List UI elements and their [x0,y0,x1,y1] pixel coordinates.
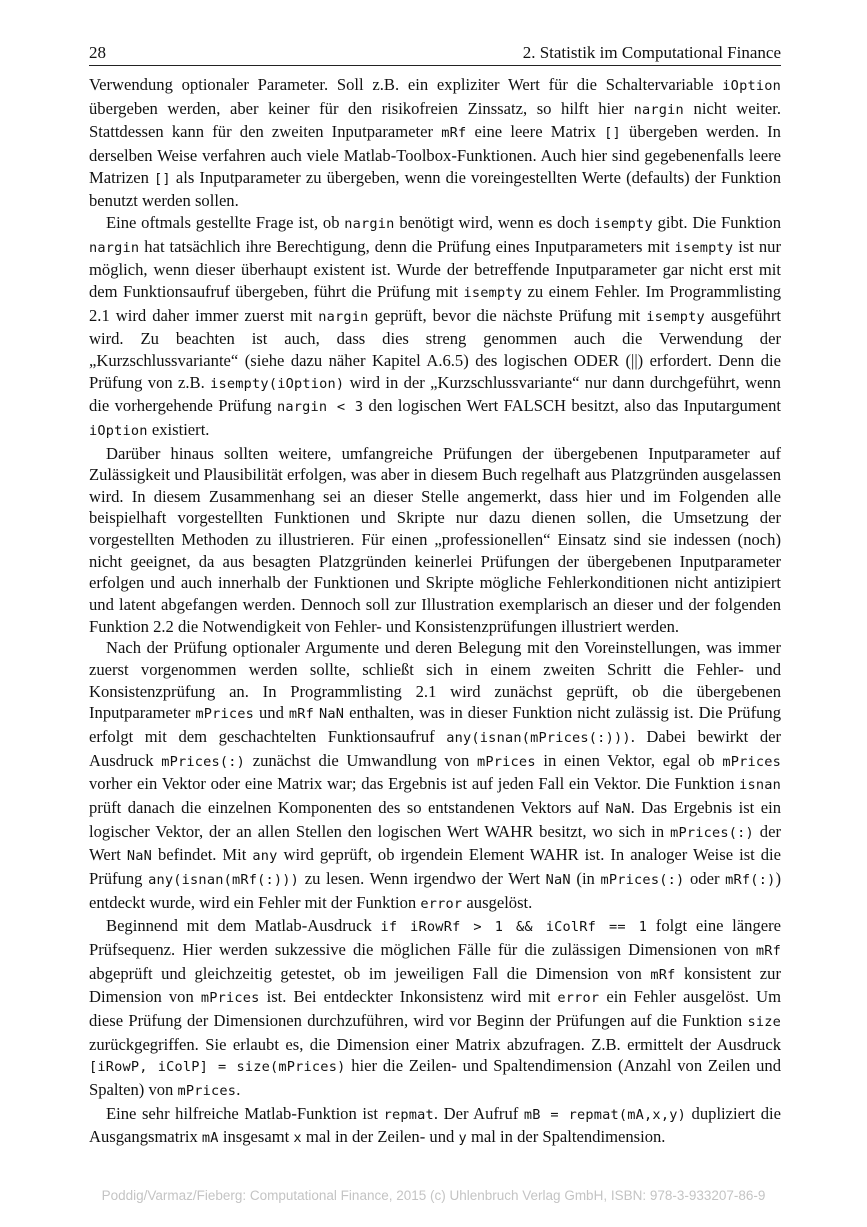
paragraph: Nach der Prüfung optionaler Argumente un… [89,637,781,915]
inline-code: repmat [384,1107,434,1123]
inline-code: size [747,1014,781,1030]
inline-code: if iRowRf > 1 && iColRf == 1 [380,919,647,935]
inline-code: NaN [319,706,344,722]
inline-code: nargin [89,240,139,256]
inline-code: mPrices(:) [161,754,245,770]
inline-code: mB = repmat(mA,x,y) [524,1107,686,1123]
inline-code: mPrices [195,706,254,722]
inline-code: isempty(iOption) [210,376,344,392]
inline-code: nargin [318,309,368,325]
inline-code: mRf [289,706,314,722]
inline-code: error [557,990,599,1006]
inline-code: any(isnan(mRf(:))) [148,872,299,888]
inline-code: mPrices(:) [601,872,685,888]
inline-code: mPrices [477,754,536,770]
inline-code: [] [154,171,171,187]
inline-code: [iRowP, iColP] = size(mPrices) [89,1059,345,1075]
inline-code: isempty [646,309,705,325]
inline-code: nargin < 3 [277,399,363,415]
running-header: 28 2. Statistik im Computational Finance [89,41,781,66]
chapter-title: 2. Statistik im Computational Finance [523,43,781,63]
body-text: Verwendung optionaler Parameter. Soll z.… [89,74,781,1150]
inline-code: NaN [127,848,152,864]
inline-code: error [420,896,462,912]
inline-code: mPrices(:) [670,825,754,841]
inline-code: isempty [594,216,653,232]
inline-code: [] [604,125,621,141]
inline-code: isnan [739,777,781,793]
inline-code: mPrices [201,990,260,1006]
inline-code: iOption [722,78,781,94]
inline-code: mRf [756,943,781,959]
inline-code: mRf [650,967,675,983]
paragraph: Eine oftmals gestellte Frage ist, ob nar… [89,212,781,443]
inline-code: NaN [546,872,571,888]
inline-code: isempty [463,285,522,301]
inline-code: mPrices [178,1083,237,1099]
inline-code: y [458,1130,466,1146]
inline-code: iOption [89,423,148,439]
paragraph: Verwendung optionaler Parameter. Soll z.… [89,74,781,212]
paragraph: Eine sehr hilfreiche Matlab-Funktion ist… [89,1103,781,1150]
inline-code: nargin [344,216,394,232]
inline-code: isempty [675,240,734,256]
inline-code: mRf(:) [725,872,775,888]
page-number: 28 [89,43,106,63]
paragraph: Darüber hinaus sollten weitere, umfangre… [89,443,781,638]
inline-code: mRf [441,125,466,141]
copyright-footer: Poddig/Varmaz/Fieberg: Computational Fin… [0,1188,867,1203]
inline-code: nargin [634,102,684,118]
inline-code: any(isnan(mPrices(:))) [446,730,630,746]
inline-code: NaN [606,801,631,817]
inline-code: any [252,848,277,864]
inline-code: mPrices [722,754,781,770]
inline-code: x [293,1130,301,1146]
inline-code: mA [202,1130,219,1146]
paragraph: Beginnend mit dem Matlab-Ausdruck if iRo… [89,915,781,1102]
